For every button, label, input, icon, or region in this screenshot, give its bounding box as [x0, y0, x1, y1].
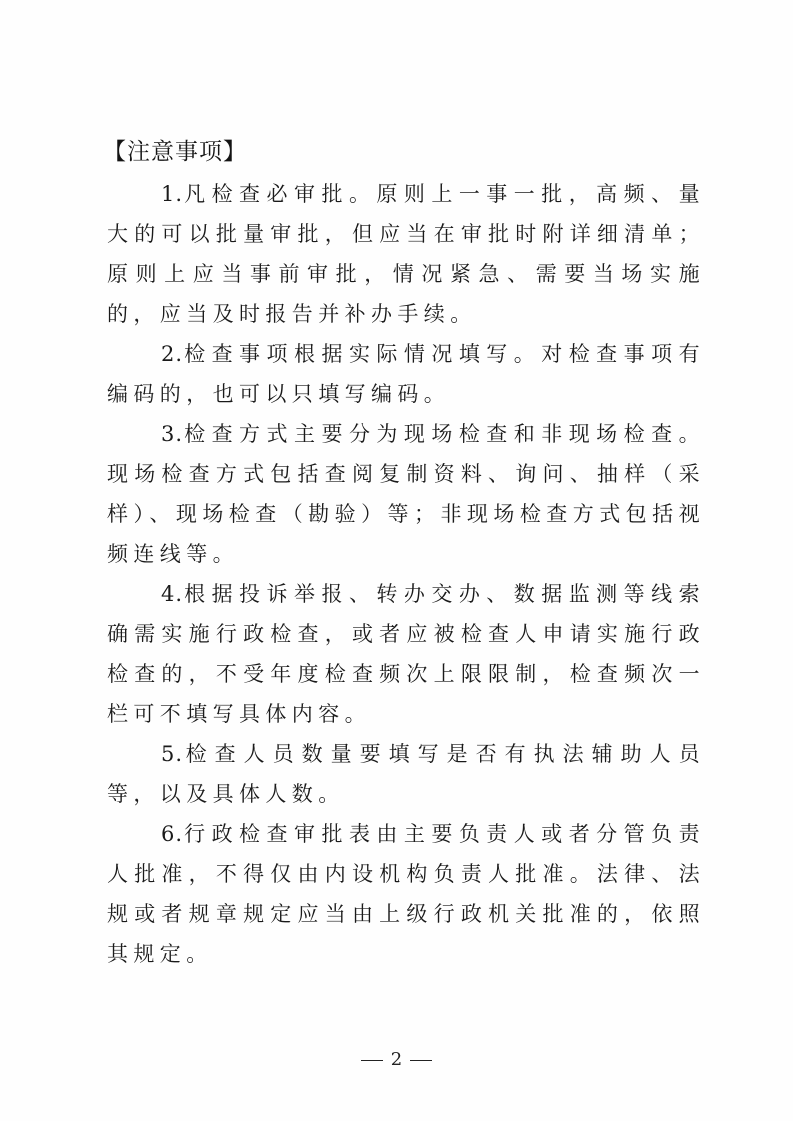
document-page: 【注意事项】 1.凡检查必审批。原则上一事一批，高频、量大的可以批量审批，但应当… — [0, 0, 793, 1121]
note-item-5: 5.检查人员数量要填写是否有执法辅助人员等，以及具体人数。 — [107, 734, 705, 814]
note-number: 2. — [161, 342, 183, 366]
note-item-1: 1.凡检查必审批。原则上一事一批，高频、量大的可以批量审批，但应当在审批时附详细… — [107, 174, 705, 334]
note-text: 检查人员数量要填写是否有执法辅助人员等，以及具体人数。 — [107, 742, 705, 806]
note-item-2: 2.检查事项根据实际情况填写。对检查事项有编码的，也可以只填写编码。 — [107, 334, 705, 414]
page-number-value: 2 — [391, 1049, 402, 1070]
note-number: 5. — [161, 742, 183, 766]
dash-left — [361, 1060, 383, 1061]
note-number: 6. — [161, 822, 183, 846]
note-text: 检查事项根据实际情况填写。对检查事项有编码的，也可以只填写编码。 — [107, 342, 705, 406]
note-number: 3. — [161, 422, 183, 446]
note-item-3: 3.检查方式主要分为现场检查和非现场检查。现场检查方式包括查阅复制资料、询问、抽… — [107, 414, 705, 574]
note-text: 凡检查必审批。原则上一事一批，高频、量大的可以批量审批，但应当在审批时附详细清单… — [107, 182, 705, 326]
page-number: 2 — [0, 1048, 793, 1072]
note-number: 1. — [161, 182, 183, 206]
note-text: 根据投诉举报、转办交办、数据监测等线索确需实施行政检查，或者应被检查人申请实施行… — [107, 582, 705, 726]
note-item-4: 4.根据投诉举报、转办交办、数据监测等线索确需实施行政检查，或者应被检查人申请实… — [107, 574, 705, 734]
note-item-6: 6.行政检查审批表由主要负责人或者分管负责人批准，不得仅由内设机构负责人批准。法… — [107, 814, 705, 974]
note-number: 4. — [161, 582, 183, 606]
section-heading: 【注意事项】 — [103, 136, 247, 168]
note-text: 行政检查审批表由主要负责人或者分管负责人批准，不得仅由内设机构负责人批准。法律、… — [107, 822, 705, 966]
dash-right — [410, 1060, 432, 1061]
note-text: 检查方式主要分为现场检查和非现场检查。现场检查方式包括查阅复制资料、询问、抽样（… — [107, 422, 705, 566]
notes-list: 1.凡检查必审批。原则上一事一批，高频、量大的可以批量审批，但应当在审批时附详细… — [107, 174, 705, 974]
